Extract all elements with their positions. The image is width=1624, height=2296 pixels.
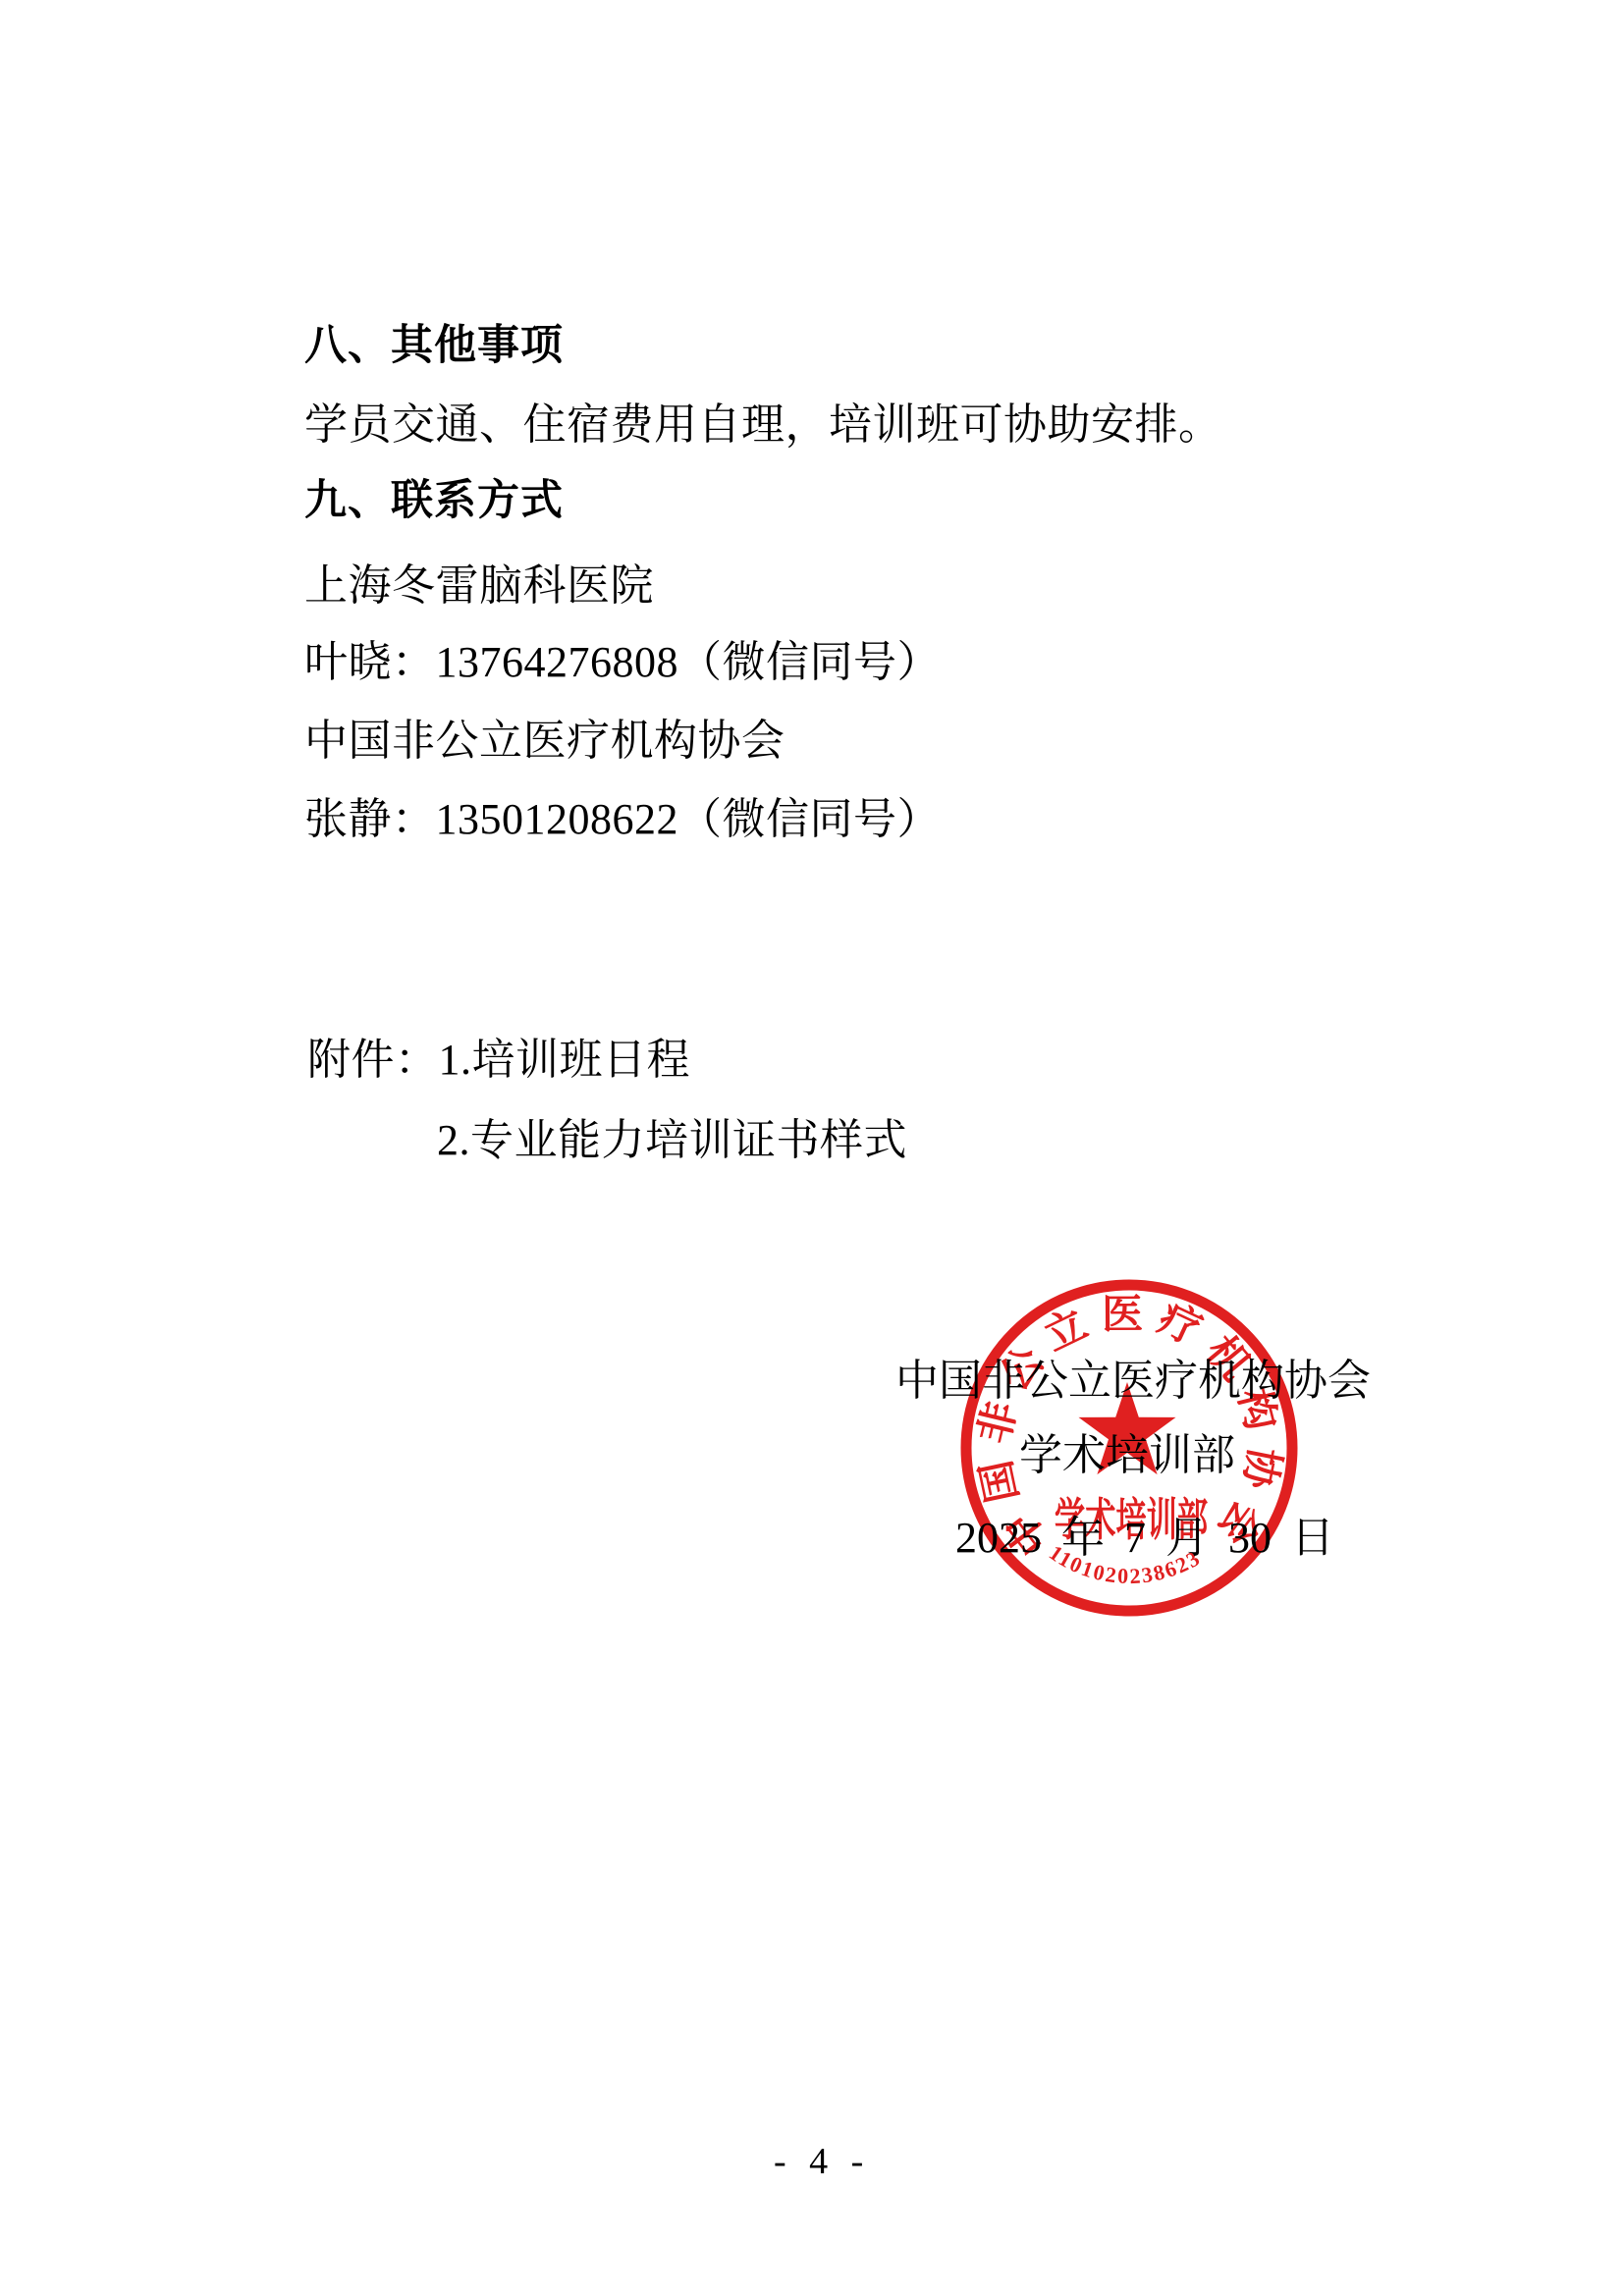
seal-dept-text: 学术培训部 [1055,1495,1209,1545]
section-other-body: 学员交通、住宿费用自理，培训班可协助安排。 [304,389,1222,452]
attachment-item-1: 1.培训班日程 [439,1036,691,1084]
attachment-item-2: 2.专业能力培训证书样式 [437,1104,907,1167]
contact-line-hospital: 上海冬雷脑科医院 [304,550,654,613]
section-contact-heading: 九、联系方式 [304,467,564,527]
contact-line-zhangjing: 张静：13501208622（微信同号） [304,783,941,846]
page-number: - 4 - [774,2140,863,2183]
official-seal-stamp: 中国非公立医疗机构协会 学术培训部 1101020238623 [941,1259,1318,1636]
seal-code-text: 1101020238623 [1045,1540,1205,1588]
contact-line-association: 中国非公立医疗机构协会 [304,705,785,768]
document-page: 八、其他事项 学员交通、住宿费用自理，培训班可协助安排。 九、联系方式 上海冬雷… [0,0,1624,2296]
attachments-label: 附件： [307,1036,439,1084]
attachments-line-1: 附件：1.培训班日程 [307,1024,690,1087]
seal-star-icon [1079,1382,1176,1474]
contact-line-yexiao: 叶晓：13764276808（微信同号） [304,626,941,689]
section-other-heading: 八、其他事项 [304,312,564,372]
